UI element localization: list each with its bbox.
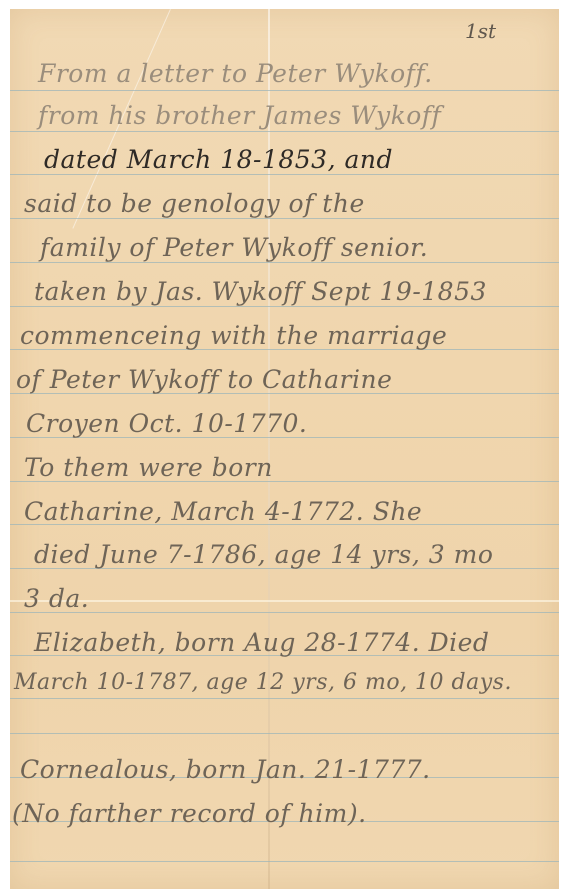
text-line-2: from his brother James Wykoff bbox=[38, 101, 441, 130]
text-line-17: (No farther record of him). bbox=[12, 799, 367, 828]
text-line-13: 3 da. bbox=[24, 584, 89, 613]
text-line-11: Catharine, March 4-1772. She bbox=[24, 497, 422, 526]
horizontal-fold bbox=[10, 600, 559, 602]
text-line-9: Croyen Oct. 10-1770. bbox=[26, 409, 307, 438]
text-line-16: Cornealous, born Jan. 21-1777. bbox=[20, 755, 431, 784]
ruled-line bbox=[10, 733, 559, 734]
ruled-line bbox=[10, 861, 559, 862]
page-number: 1st bbox=[465, 19, 496, 43]
text-line-6: taken by Jas. Wykoff Sept 19-1853 bbox=[34, 277, 487, 306]
text-line-5: family of Peter Wykoff senior. bbox=[40, 233, 428, 262]
text-line-12: died June 7-1786, age 14 yrs, 3 mo bbox=[34, 540, 493, 569]
ruled-line bbox=[10, 262, 559, 263]
ruled-line bbox=[10, 218, 559, 219]
ruled-line bbox=[10, 306, 559, 307]
text-line-14: Elizabeth, born Aug 28-1774. Died bbox=[34, 628, 489, 657]
ruled-line bbox=[10, 131, 559, 132]
text-line-3: dated March 18-1853, and bbox=[44, 145, 393, 174]
ruled-line bbox=[10, 174, 559, 175]
text-line-1: From a letter to Peter Wykoff. bbox=[38, 59, 433, 88]
text-line-8: of Peter Wykoff to Catharine bbox=[16, 365, 392, 394]
ruled-line bbox=[10, 612, 559, 613]
ruled-line bbox=[10, 90, 559, 91]
text-line-4: said to be genology of the bbox=[24, 189, 365, 218]
text-line-10: To them were born bbox=[24, 453, 273, 482]
ruled-line bbox=[10, 698, 559, 699]
letter-page: 1st From a letter to Peter Wykoff. from … bbox=[10, 9, 559, 889]
text-line-15: March 10-1787, age 12 yrs, 6 mo, 10 days… bbox=[14, 670, 512, 695]
text-line-7: commenceing with the marriage bbox=[20, 321, 447, 350]
